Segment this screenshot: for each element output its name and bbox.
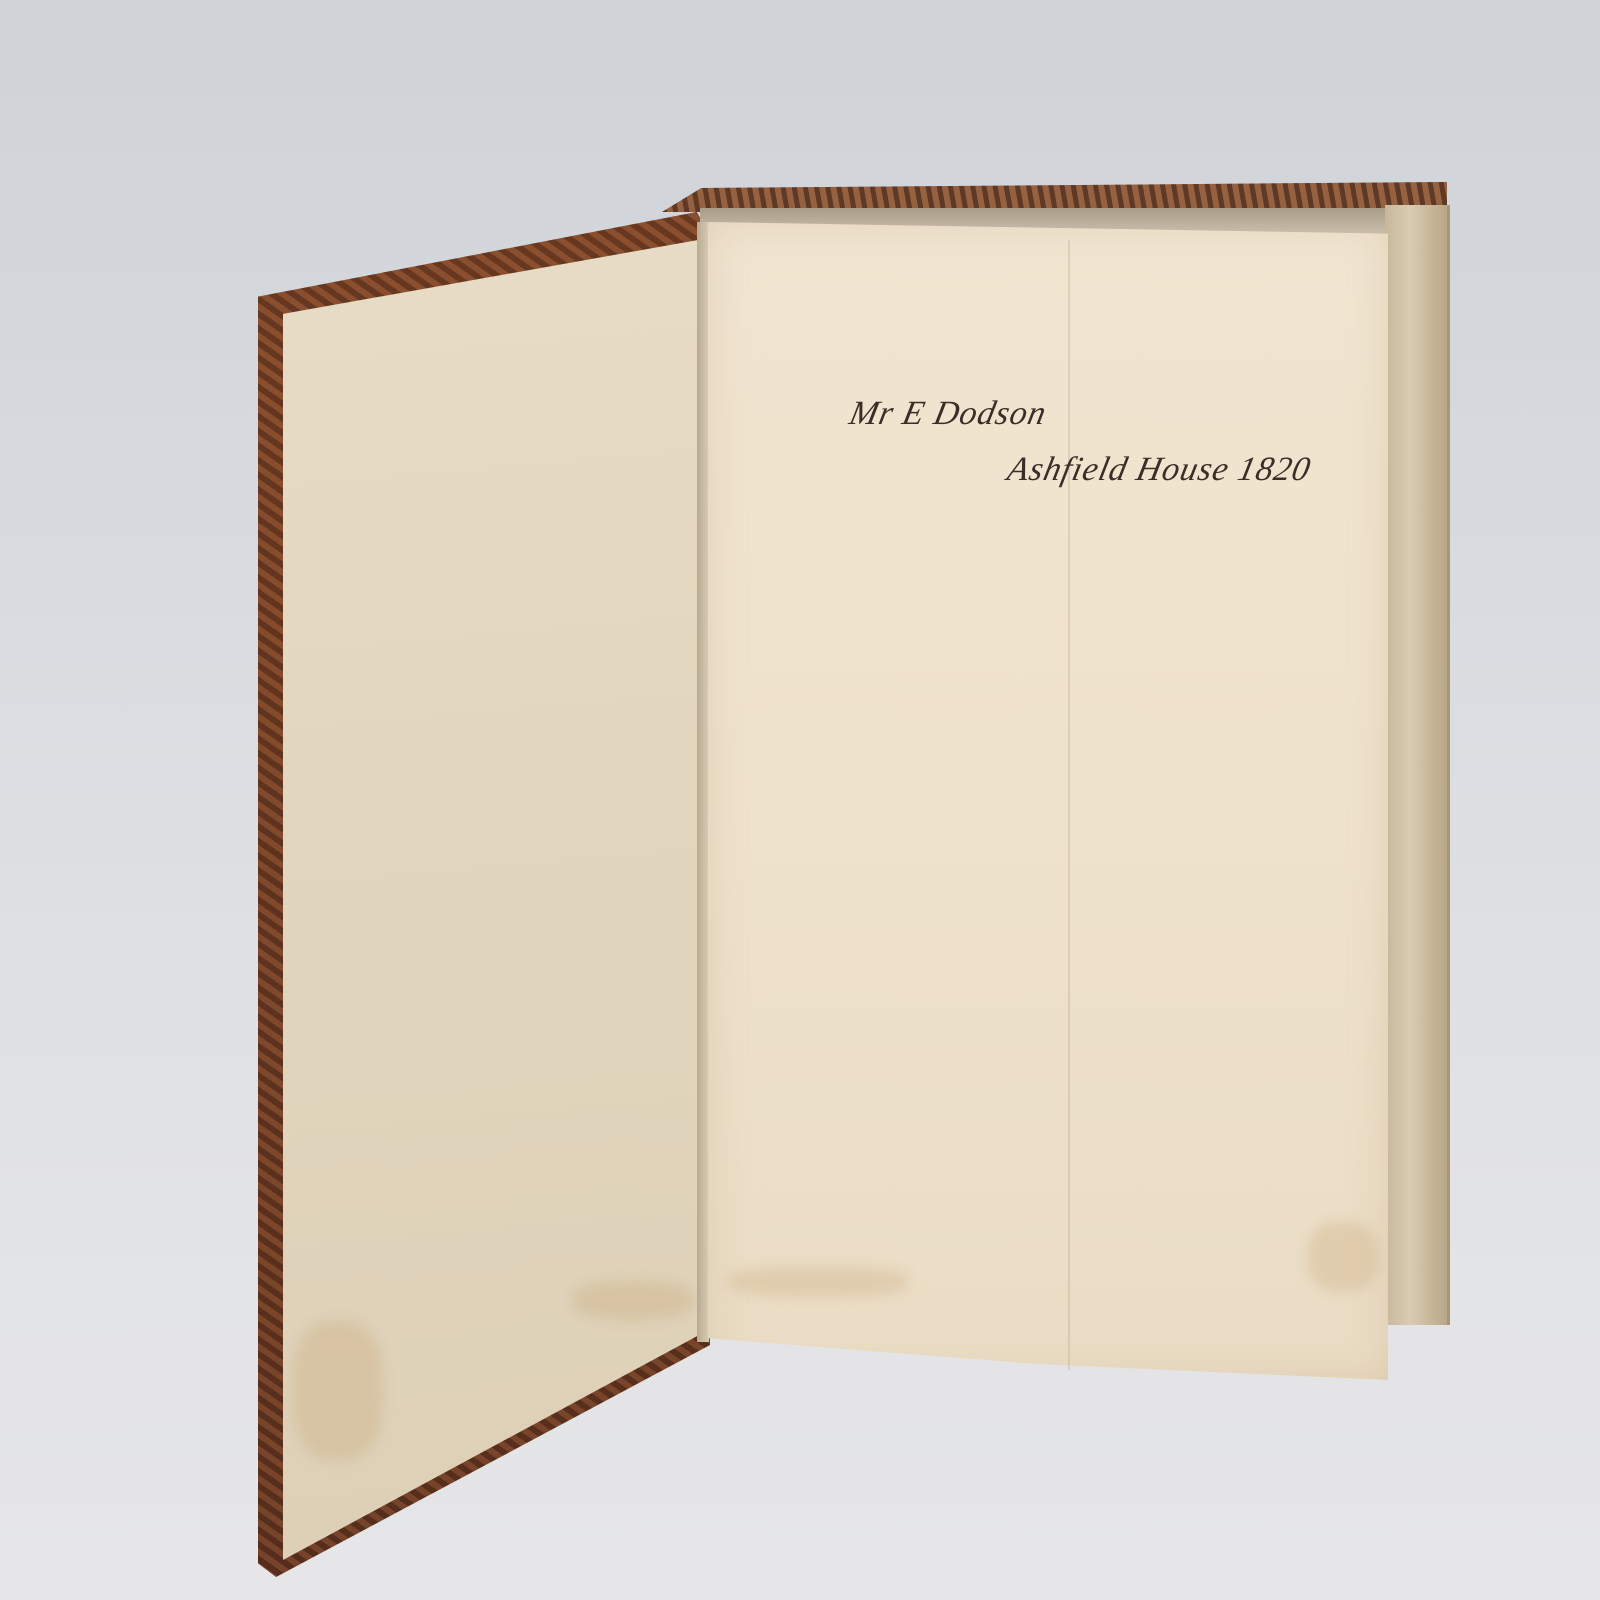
front-pastedown	[283, 240, 698, 1560]
gutter	[697, 222, 709, 1342]
page-block-fore-edge	[1385, 205, 1450, 1325]
foxing-stain	[293, 1320, 383, 1460]
book-photo: Mr E Dodson Ashfield House 1820	[0, 0, 1600, 1600]
inscription-owner-name: Mr E Dodson	[846, 395, 1050, 433]
foxing-stain	[728, 1267, 908, 1297]
foxing-stain	[573, 1280, 693, 1320]
handwritten-inscription: Mr E Dodson Ashfield House 1820	[850, 395, 1410, 515]
inscription-place-date: Ashfield House 1820	[1004, 451, 1314, 489]
foxing-stain	[1308, 1222, 1378, 1292]
